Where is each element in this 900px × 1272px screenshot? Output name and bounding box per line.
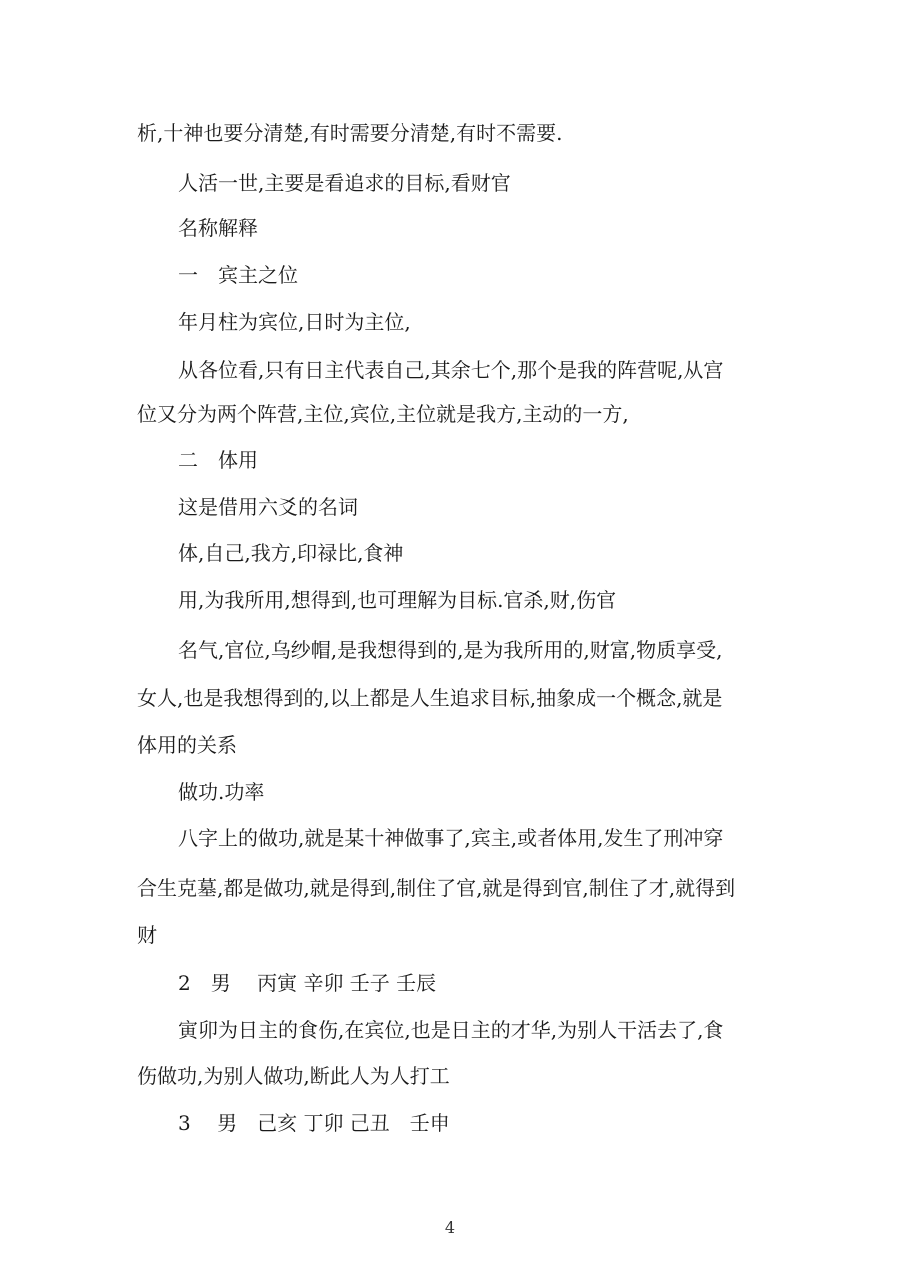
text-line: 女人,也是我想得到的,以上都是人生追求目标,抽象成一个概念,就是 [137,686,777,710]
text-line: 用,为我所用,想得到,也可理解为目标.官杀,财,伤官 [178,588,818,612]
text-line: 年月柱为宾位,日时为主位, [178,310,818,334]
example-chart-line: 3 男 己亥 丁卯 己丑 壬申 [178,1111,818,1135]
page-number: 4 [0,1218,900,1237]
text-line: 这是借用六爻的名词 [178,495,818,519]
section-heading: 名称解释 [178,216,818,240]
text-line: 体,自己,我方,印禄比,食神 [178,541,818,565]
example-chart-line: 2 男 丙寅 辛卯 壬子 壬辰 [178,971,818,995]
text-line: 寅卯为日主的食伤,在宾位,也是日主的才华,为别人干活去了,食 [178,1018,818,1042]
text-line: 财 [137,923,777,947]
text-line: 位又分为两个阵营,主位,宾位,主位就是我方,主动的一方, [137,402,777,426]
text-line: 合生克墓,都是做功,就是得到,制住了官,就是得到官,制住了才,就得到 [137,876,777,900]
text-line: 从各位看,只有日主代表自己,其余七个,那个是我的阵营呢,从宫 [178,358,818,382]
text-line: 伤做功,为别人做功,断此人为人打工 [137,1064,777,1088]
text-line: 析,十神也要分清楚,有时需要分清楚,有时不需要. [137,121,777,145]
section-heading: 二 体用 [178,448,818,472]
document-page: 析,十神也要分清楚,有时需要分清楚,有时不需要. 人活一世,主要是看追求的目标,… [0,0,900,1272]
text-line: 人活一世,主要是看追求的目标,看财官 [178,171,818,195]
section-heading: 做功.功率 [178,780,818,804]
text-line: 八字上的做功,就是某十神做事了,宾主,或者体用,发生了刑冲穿 [178,826,818,850]
section-heading: 一 宾主之位 [178,263,818,287]
text-line: 体用的关系 [137,733,777,757]
text-line: 名气,官位,乌纱帽,是我想得到的,是为我所用的,财富,物质享受, [178,638,818,662]
